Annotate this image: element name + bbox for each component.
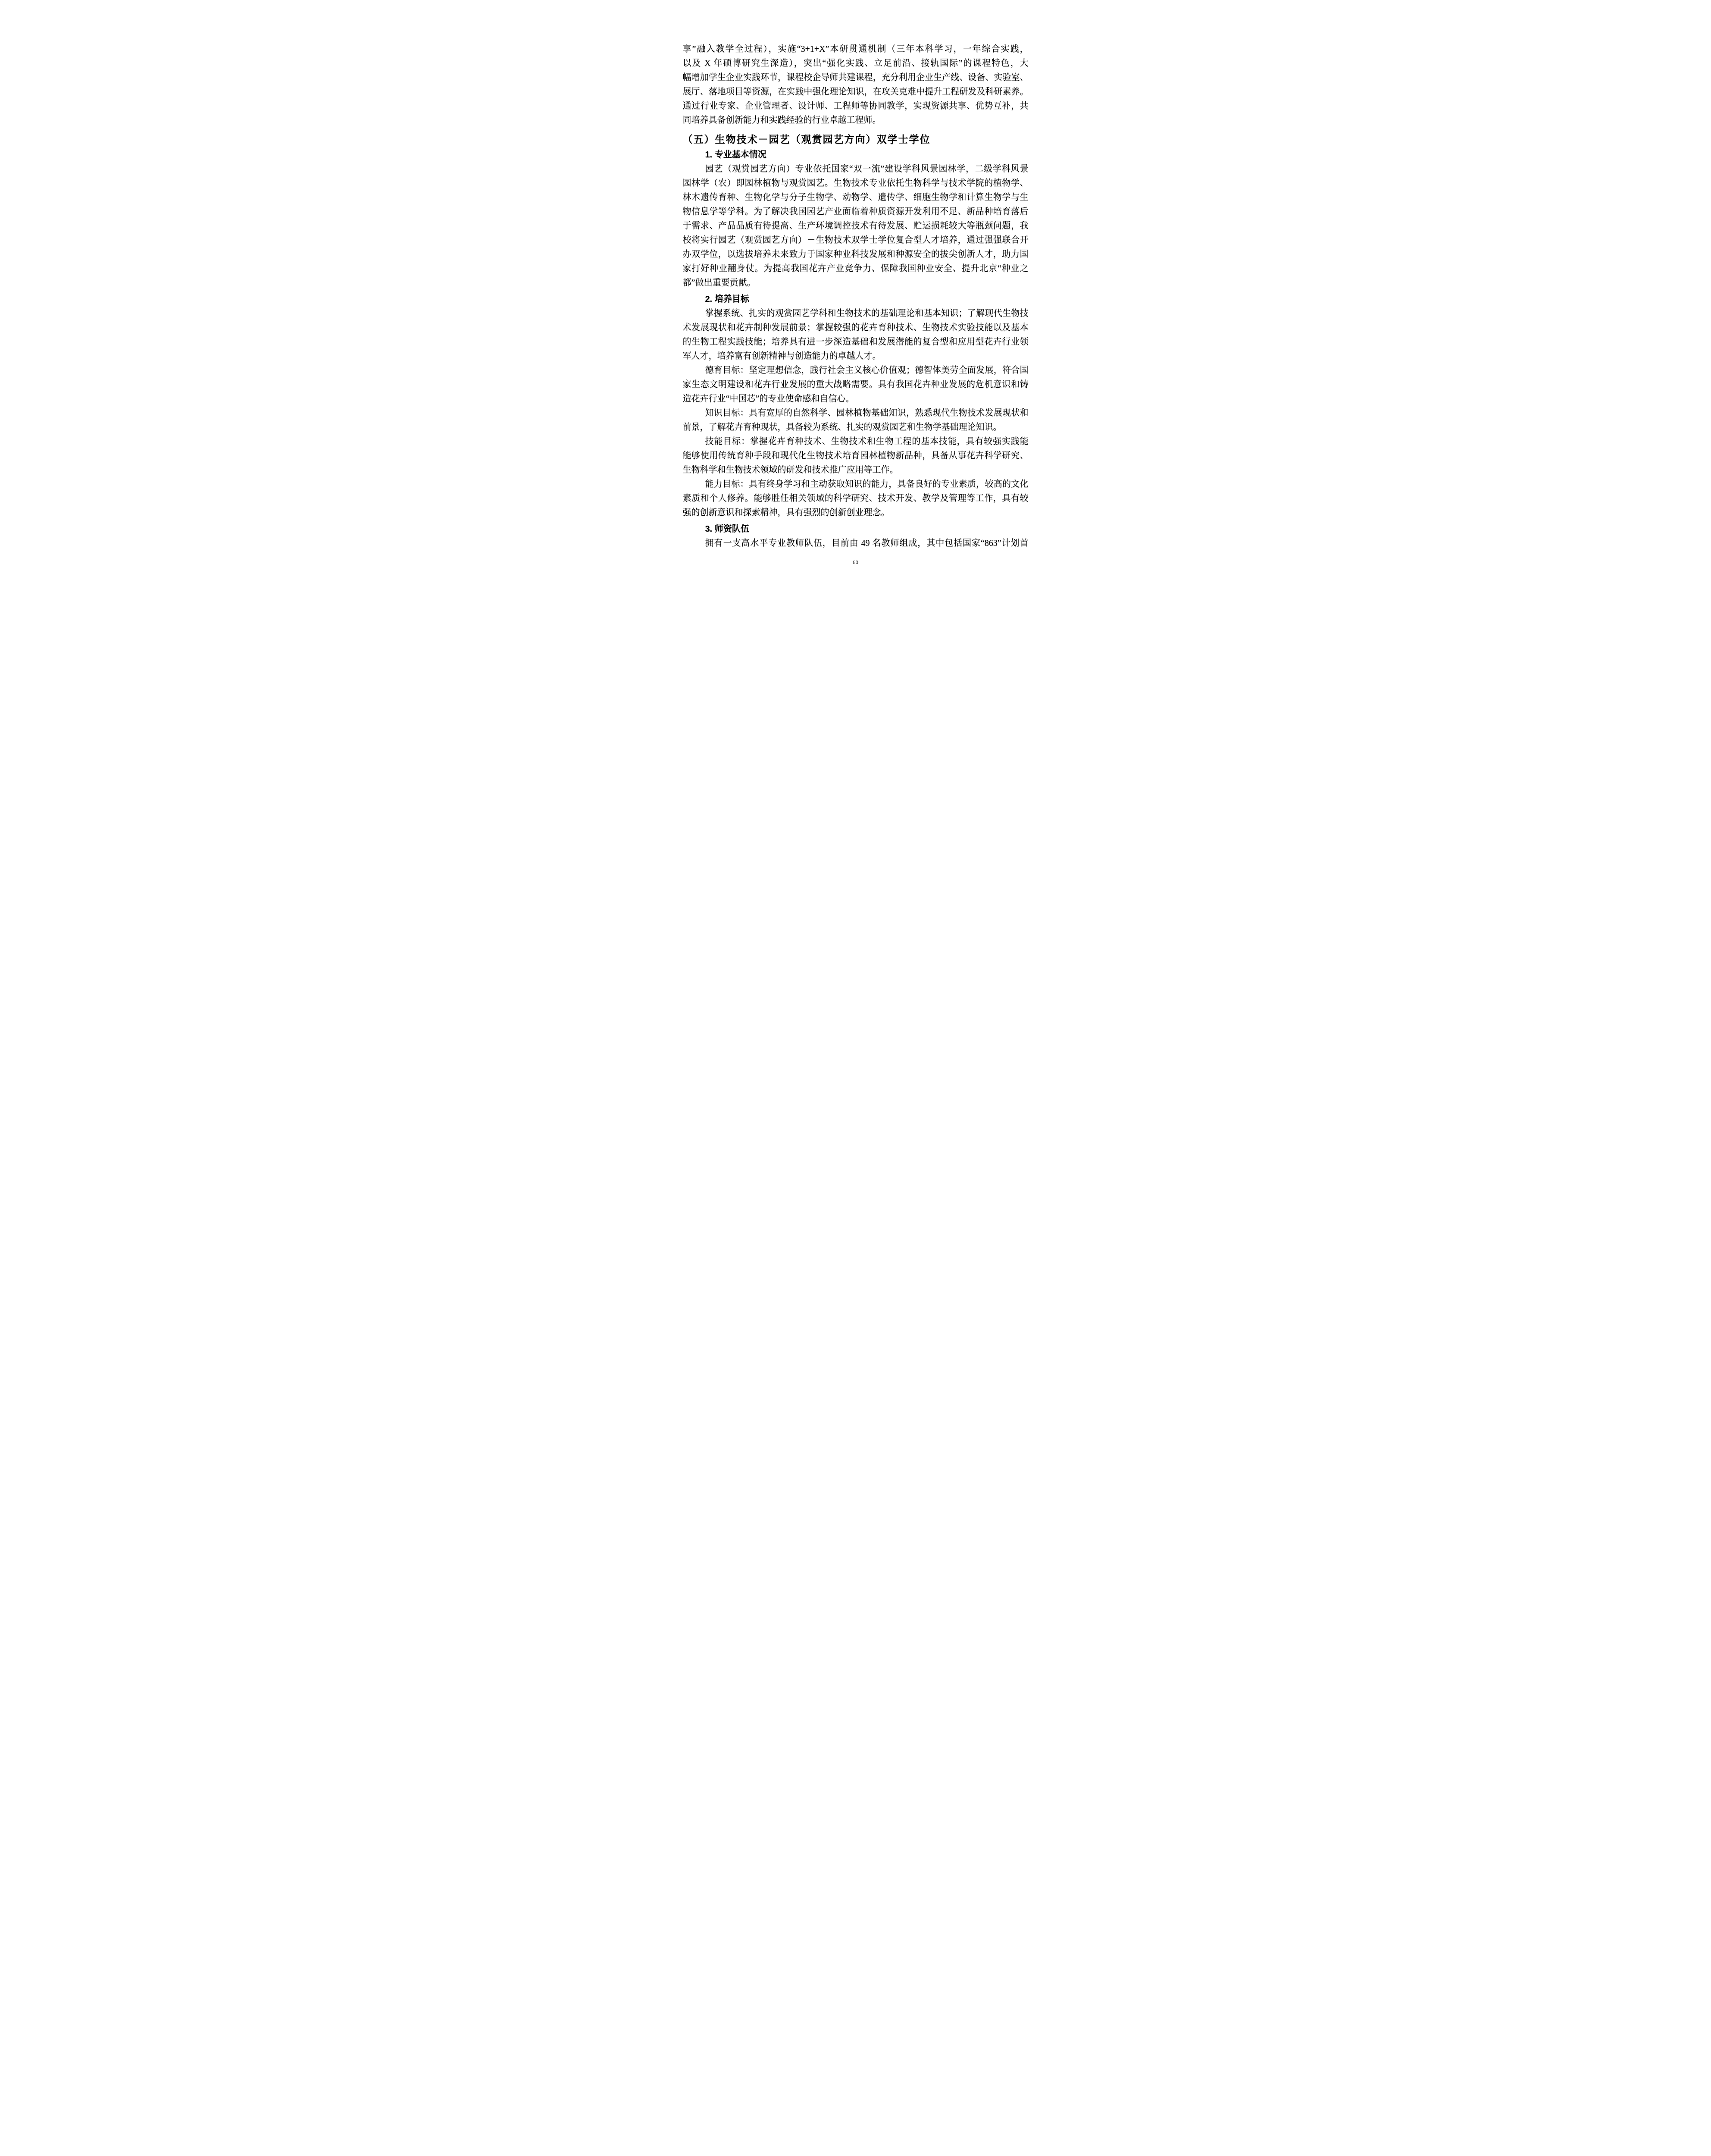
paragraph: 技能目标：掌握花卉育种技术、生物技术和生物工程的基本技能，具有较强实践能力，能够… — [683, 435, 1029, 477]
body-line: 展厅、落地项目等资源，在实践中强化理论知识，在攻关克难中提升工程研发及科研素养。 — [683, 85, 1029, 99]
body-line: 生物科学和生物技术领域的研发和技术推广应用等工作。 — [683, 463, 1029, 477]
body-line: 技能目标：掌握花卉育种技术、生物技术和生物工程的基本技能，具有较强实践能力， — [683, 435, 1029, 449]
body-line: 办双学位，以选拔培养未来致力于国家种业科技发展和种源安全的拔尖创新人才，助力国 — [683, 248, 1029, 262]
body-line: 幅增加学生企业实践环节，课程校企导师共建课程，充分利用企业生产线、设备、实验室、 — [683, 71, 1029, 85]
subsection-heading: 1. 专业基本情况 — [683, 148, 1029, 162]
document-content: 享”融入教学全过程），实施“3+1+X”本研贯通机制（三年本科学习，一年综合实践… — [683, 42, 1029, 551]
body-line: 园林学（农）即园林植物与观赏园艺。生物技术专业依托生物科学与技术学院的植物学、 — [683, 176, 1029, 191]
page-number: 60 — [642, 559, 1070, 566]
body-line: 术发展现状和花卉制种发展前景；掌握较强的花卉育种技术、生物技术实验技能以及基本 — [683, 321, 1029, 335]
paragraph: 知识目标：具有宽厚的自然科学、园林植物基础知识，熟悉现代生物技术发展现状和前景，… — [683, 406, 1029, 435]
body-line: 家打好种业翻身仗。为提高我国花卉产业竞争力、保障我国种业安全、提升北京“种业之 — [683, 262, 1029, 276]
body-line: 园艺（观赏园艺方向）专业依托国家“双一流”建设学科风景园林学，二级学科风景 — [683, 162, 1029, 176]
paragraph: 拥有一支高水平专业教师队伍，目前由 49 名教师组成，其中包括国家“863”计划… — [683, 536, 1029, 551]
body-line: 享”融入教学全过程），实施“3+1+X”本研贯通机制（三年本科学习，一年综合实践… — [683, 42, 1029, 56]
body-line: 军人才，培养富有创新精神与创造能力的卓越人才。 — [683, 349, 1029, 364]
body-line: 家生态文明建设和花卉行业发展的重大战略需要。具有我国花卉种业发展的危机意识和铸 — [683, 378, 1029, 392]
body-line: 物信息学等学科。为了解决我国园艺产业面临着种质资源开发利用不足、新品种培育落后 — [683, 205, 1029, 219]
paragraph: 能力目标：具有终身学习和主动获取知识的能力，具备良好的专业素质，较高的文化素质和… — [683, 477, 1029, 520]
body-line: 能力目标：具有终身学习和主动获取知识的能力，具备良好的专业素质，较高的文化 — [683, 477, 1029, 492]
body-line: 拥有一支高水平专业教师队伍，目前由 49 名教师组成，其中包括国家“863”计划… — [683, 536, 1029, 551]
body-line: 掌握系统、扎实的观赏园艺学科和生物技术的基础理论和基本知识；了解现代生物技 — [683, 307, 1029, 321]
body-line: 以及 X 年硕博研究生深造），突出“强化实践、立足前沿、接轨国际”的课程特色，大 — [683, 56, 1029, 71]
body-line: 于需求、产品品质有待提高、生产环境调控技术有待发展、贮运损耗较大等瓶颈问题，我 — [683, 219, 1029, 233]
subsection-heading: 2. 培养目标 — [683, 292, 1029, 307]
document-page: 享”融入教学全过程），实施“3+1+X”本研贯通机制（三年本科学习，一年综合实践… — [642, 0, 1070, 605]
body-line: 德育目标：坚定理想信念，践行社会主义核心价值观；德智体美劳全面发展，符合国 — [683, 364, 1029, 378]
paragraph: 掌握系统、扎实的观赏园艺学科和生物技术的基础理论和基本知识；了解现代生物技术发展… — [683, 307, 1029, 364]
body-line: 素质和个人修养。能够胜任相关领域的科学研究、技术开发、教学及管理等工作，具有较 — [683, 492, 1029, 506]
paragraph: 德育目标：坚定理想信念，践行社会主义核心价值观；德智体美劳全面发展，符合国家生态… — [683, 364, 1029, 406]
body-line: 通过行业专家、企业管理者、设计师、工程师等协同教学，实现资源共享、优势互补，共 — [683, 99, 1029, 113]
paragraph: 享”融入教学全过程），实施“3+1+X”本研贯通机制（三年本科学习，一年综合实践… — [683, 42, 1029, 128]
body-line: 都”做出重要贡献。 — [683, 276, 1029, 290]
body-line: 知识目标：具有宽厚的自然科学、园林植物基础知识，熟悉现代生物技术发展现状和 — [683, 406, 1029, 420]
paragraph: 园艺（观赏园艺方向）专业依托国家“双一流”建设学科风景园林学，二级学科风景园林学… — [683, 162, 1029, 290]
body-line: 林木遗传育种、生物化学与分子生物学、动物学、遗传学、细胞生物学和计算生物学与生 — [683, 191, 1029, 205]
body-line: 强的创新意识和探索精神，具有强烈的创新创业理念。 — [683, 506, 1029, 520]
body-line: 能够使用传统育种手段和现代化生物技术培育园林植物新品种，具备从事花卉科学研究、 — [683, 449, 1029, 463]
body-line: 造花卉行业“中国芯”的专业使命感和自信心。 — [683, 392, 1029, 406]
body-line: 同培养具备创新能力和实践经验的行业卓越工程师。 — [683, 113, 1029, 128]
body-line: 前景，了解花卉育种现状，具备较为系统、扎实的观赏园艺和生物学基础理论知识。 — [683, 420, 1029, 435]
subsection-heading: 3. 师资队伍 — [683, 522, 1029, 536]
body-line: 的生物工程实践技能；培养具有进一步深造基础和发展潜能的复合型和应用型花卉行业领 — [683, 335, 1029, 349]
section-heading: （五）生物技术－园艺（观赏园艺方向）双学士学位 — [683, 133, 1029, 146]
body-line: 校将实行园艺（观赏园艺方向）－生物技术双学士学位复合型人才培养，通过强强联合开 — [683, 233, 1029, 248]
